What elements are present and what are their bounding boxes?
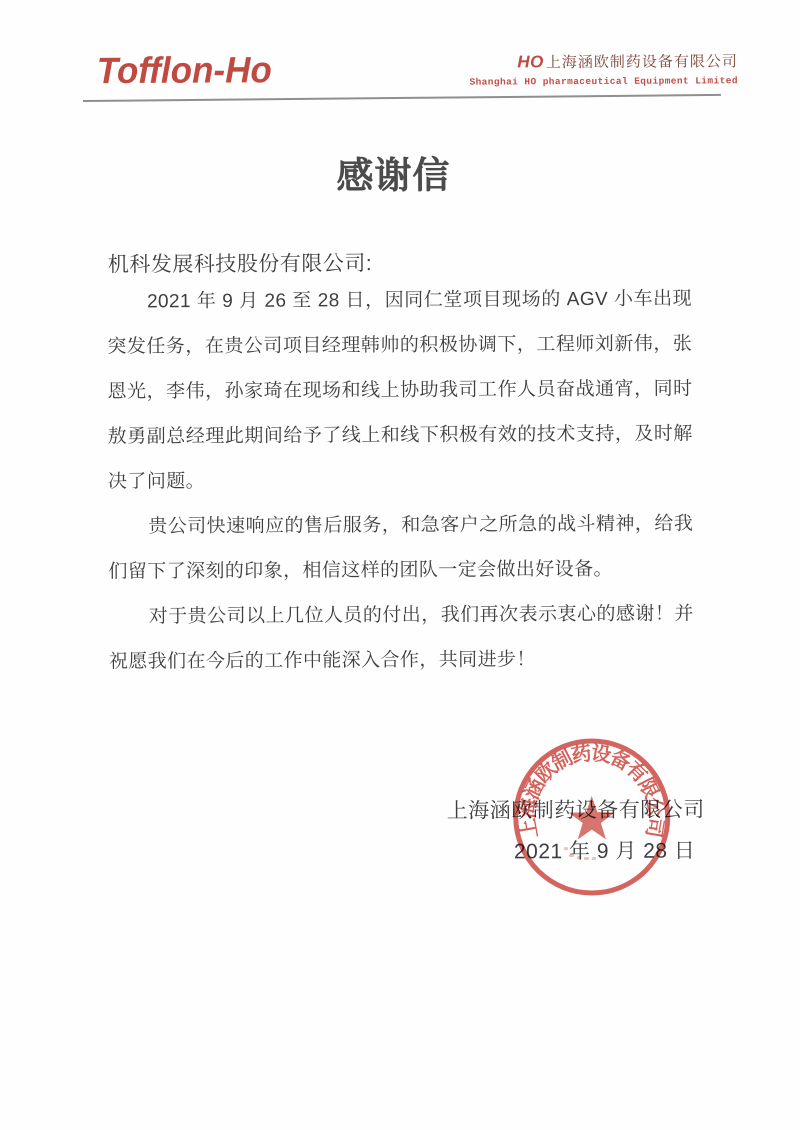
letter-line: 们留下了深刻的印象，相信这样的团队一定会做出好设备。 — [108, 556, 693, 604]
letter-line: 突发任务，在贵公司项目经理韩帅的积极协调下，工程师刘新伟，张 — [107, 331, 692, 379]
company-logo: Tofflon-Ho — [97, 50, 272, 93]
letter-body: 2021 年 9 月 26 至 28 日，因同仁堂项目现场的 AGV 小车出现 … — [107, 286, 694, 694]
header-divider — [83, 94, 721, 102]
letter-line: 敖勇副总经理此期间给予了线上和线下积极有效的技术支持，及时解 — [108, 421, 693, 469]
brand-prefix: HO — [517, 52, 544, 71]
letter-line: 2021 年 9 月 26 至 28 日，因同仁堂项目现场的 AGV 小车出现 — [107, 286, 692, 334]
letter-line: 祝愿我们在今后的工作中能深入合作，共同进步！ — [109, 646, 694, 694]
header-company-block: HO上海涵欧制药设备有限公司 Shanghai HO pharmaceutica… — [469, 51, 738, 87]
letter-title: 感谢信 — [0, 143, 789, 201]
company-name-cn: 上海涵欧制药设备有限公司 — [546, 54, 738, 71]
letter-page: Tofflon-Ho HO上海涵欧制药设备有限公司 Shanghai HO ph… — [0, 0, 800, 1130]
header-company-cn-line: HO上海涵欧制药设备有限公司 — [469, 51, 738, 73]
letter-line: 贵公司快速响应的售后服务，和急客户之所急的战斗精神，给我 — [108, 511, 693, 559]
letter-line: 对于贵公司以上几位人员的付出，我们再次表示衷心的感谢！并 — [109, 601, 694, 649]
scan-content: Tofflon-Ho HO上海涵欧制药设备有限公司 Shanghai HO ph… — [0, 0, 800, 1130]
letter-line: 恩光，李伟，孙家琦在现场和线上协助我司工作人员奋战通宵，同时 — [107, 376, 692, 424]
company-name-en: Shanghai HO pharmaceutical Equipment Lim… — [469, 75, 738, 87]
salutation: 机科发展科技股份有限公司: — [108, 247, 372, 278]
seal-serial-smudge — [564, 847, 596, 860]
company-seal: 上海涵欧制药设备有限公司 — [506, 732, 677, 903]
letter-line: 决了问题。 — [108, 466, 693, 514]
star-icon — [569, 796, 615, 840]
